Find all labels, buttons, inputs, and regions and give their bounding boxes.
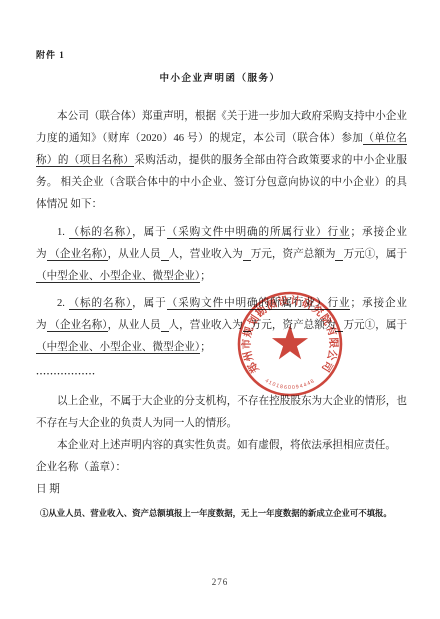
- no-large-enterprise-paragraph: 以上企业，不属于大企业的分支机构，不存在控股股东为大企业的情形，也不存在与大企业…: [36, 391, 407, 435]
- text-run: ；: [200, 342, 211, 353]
- attachment-label: 附件 1: [36, 48, 65, 61]
- text-run: 以上企业，不属于大企业的分支机构，不存在控股股东为大企业的情形，也不存在与大企业…: [36, 396, 407, 429]
- seal-number-text: 4101860094448: [264, 378, 316, 391]
- text-run: 企业名称（盖章）：: [36, 462, 126, 473]
- text-run: ；: [200, 271, 211, 282]
- underlined-blank-or-placeholder: （企业名称）: [47, 249, 108, 261]
- text-run: ，从业人员: [108, 320, 161, 331]
- text-run: 日 期: [36, 484, 60, 495]
- text-run: ，属于: [132, 298, 166, 309]
- text-run: 2.: [57, 298, 69, 309]
- seal-star: [272, 325, 308, 359]
- underlined-blank-or-placeholder: [161, 249, 169, 261]
- company-seal-stamp: 郑州市规划勘测设计研究院有限公司 4101860094448: [230, 284, 350, 404]
- underlined-blank-or-placeholder: （采购文件中明确的所属行业）行业: [167, 227, 351, 239]
- underlined-blank-or-placeholder: （中型企业、小型企业、微型企业）: [36, 271, 200, 283]
- text-run: 人，营业收入为: [169, 249, 243, 260]
- document-body: 本公司（联合体）郑重声明，根据《关于进一步加大政府采购支持中小企业 力度的通知》…: [36, 106, 407, 501]
- item-2: 2. （标的名称），属于（采购文件中明确的所属行业）行业；承接企业为 （企业名称…: [36, 293, 407, 359]
- text-run: 本企业对上述声明内容的真实性负责。如有虚假，将依法承担相应责任。: [57, 440, 396, 451]
- text-run: 本公司（联合体）郑重声明，根据《关于进一步加大政府采购支持中小企业 力度的通知》…: [36, 111, 407, 144]
- text-run: 1.: [57, 227, 69, 238]
- document-page: 附件 1 中小企业声明函（服务） 本公司（联合体）郑重声明，根据《关于进一步加大…: [0, 0, 440, 619]
- text-run: ，从业人员: [108, 249, 161, 260]
- underlined-blank-or-placeholder: （企业名称）: [47, 320, 108, 332]
- ellipsis-row: ·················: [36, 363, 407, 385]
- date-line: 日 期: [36, 479, 407, 501]
- page-title: 中小企业声明函（服务）: [0, 70, 440, 84]
- footnote: ①从业人员、营业收入、资产总额填报上一年度数据，无上一年度数据的新成立企业可不填…: [40, 508, 414, 520]
- underlined-blank-or-placeholder: [161, 320, 169, 332]
- page-number: 276: [0, 577, 440, 587]
- text-run: 万元①，属于: [343, 249, 407, 260]
- text-run: ·················: [36, 369, 96, 379]
- underlined-blank-or-placeholder: （标的名称）: [69, 227, 133, 239]
- item-1: 1. （标的名称），属于（采购文件中明确的所属行业）行业；承接企业为 （企业名称…: [36, 222, 407, 288]
- intro-paragraph: 本公司（联合体）郑重声明，根据《关于进一步加大政府采购支持中小企业 力度的通知》…: [36, 106, 407, 216]
- underlined-blank-or-placeholder: （标的名称）: [69, 298, 133, 310]
- underlined-blank-or-placeholder: （中型企业、小型企业、微型企业）: [36, 342, 200, 354]
- text-run: 万元，资产总额为: [251, 249, 336, 260]
- underlined-blank-or-placeholder: [243, 249, 251, 261]
- text-run: ，属于: [132, 227, 166, 238]
- text-run: 万元①，属于: [343, 320, 407, 331]
- company-name-seal-line: 企业名称（盖章）：: [36, 457, 407, 479]
- responsibility-paragraph: 本企业对上述声明内容的真实性负责。如有虚假，将依法承担相应责任。: [36, 435, 407, 457]
